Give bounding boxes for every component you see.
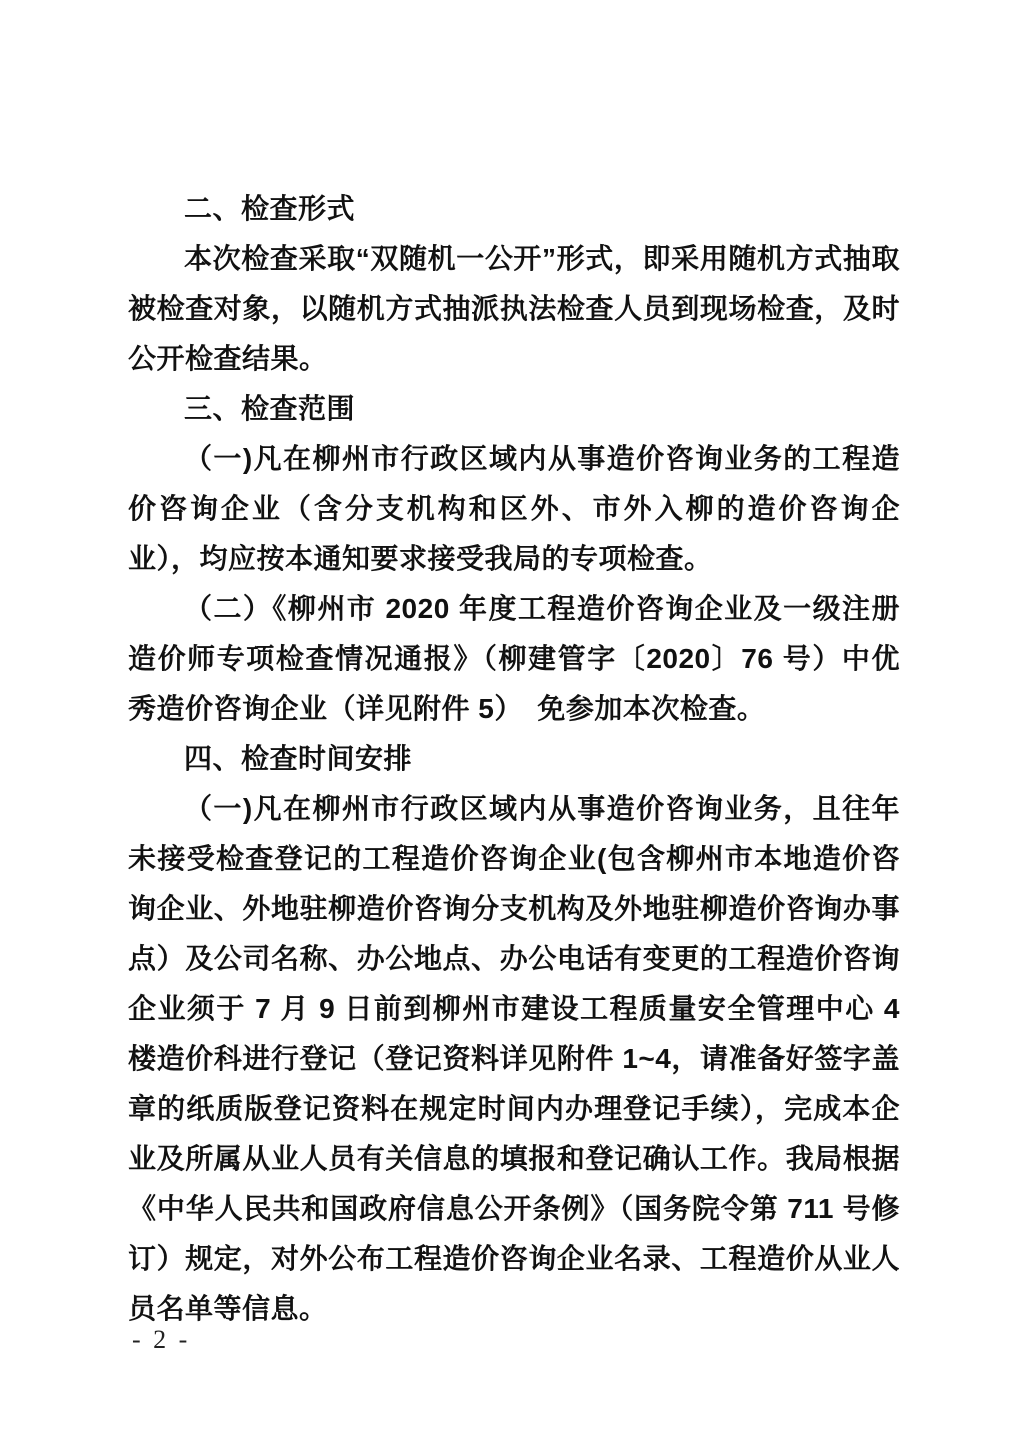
section-heading-inspection-scope: 三、检查范围 <box>128 384 900 434</box>
section-heading-inspection-schedule: 四、检查时间安排 <box>128 734 900 784</box>
paragraph-inspection-format: 本次检查采取“双随机一公开”形式，即采用随机方式抽取被检查对象，以随机方式抽派执… <box>128 234 900 384</box>
page-number: - 2 - <box>132 1325 190 1355</box>
paragraph-scope-item-1: （一)凡在柳州市行政区域内从事造价咨询业务的工程造价咨询企业（含分支机构和区外、… <box>128 434 900 584</box>
document-page: 二、检查形式 本次检查采取“双随机一公开”形式，即采用随机方式抽取被检查对象，以… <box>0 0 1024 1448</box>
section-heading-inspection-format: 二、检查形式 <box>128 184 900 234</box>
document-body: 二、检查形式 本次检查采取“双随机一公开”形式，即采用随机方式抽取被检查对象，以… <box>128 184 900 1334</box>
paragraph-scope-item-2: （二）《柳州市 2020 年度工程造价咨询企业及一级注册造价师专项检查情况通报》… <box>128 584 900 734</box>
paragraph-schedule-item-1: （一)凡在柳州市行政区域内从事造价咨询业务，且往年未接受检查登记的工程造价咨询企… <box>128 784 900 1334</box>
